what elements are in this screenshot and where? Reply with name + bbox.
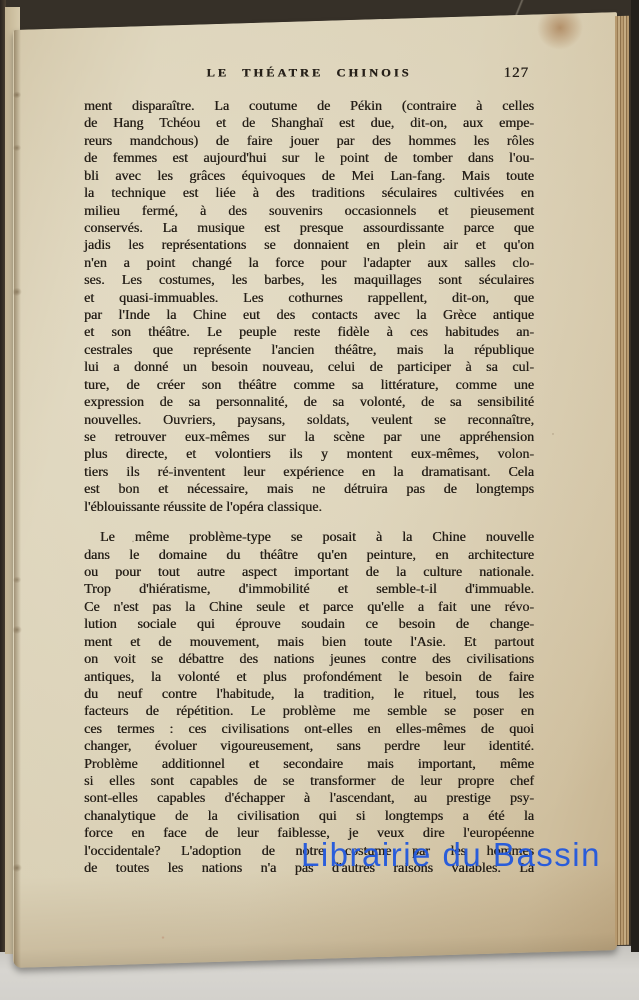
text-line: dans le domaine du théâtre qu'en peintur… bbox=[84, 547, 534, 564]
text-line: expression de sa personnalité, de sa vol… bbox=[84, 394, 534, 411]
paragraph-continued: ment disparaître. La coutume de Pékin (c… bbox=[84, 98, 534, 516]
book-page-photo: LE THÉATRE CHINOIS 127 ment disparaître.… bbox=[0, 0, 639, 1000]
text-line: du neuf contre l'habitude, la tradition,… bbox=[84, 686, 534, 703]
text-line: ou pour tout autre aspect important de l… bbox=[84, 564, 534, 581]
background-right bbox=[631, 0, 639, 952]
text-line: lution sociale qui éprouve soudain ce be… bbox=[84, 616, 534, 633]
text-line: et son théâtre. Le peuple reste fidèle à… bbox=[84, 324, 534, 341]
text-line: tiers ils ré-inventent leur expérience e… bbox=[84, 464, 534, 481]
text-line: ment et de mouvement, mais bien toute l'… bbox=[84, 634, 534, 651]
text-line: Problème additionnel et secondaire mais … bbox=[84, 756, 534, 773]
text-line: Le même problème-type se posait à la Chi… bbox=[84, 529, 534, 546]
text-line: ture, de créer son théâtre comme sa litt… bbox=[84, 377, 534, 394]
text-line: l'éblouissante réussite de l'opéra class… bbox=[84, 499, 534, 516]
text-line: de femmes est aujourd'hui sur le point d… bbox=[84, 150, 534, 167]
text-line: par l'Inde la Chine eut des contacts ave… bbox=[84, 307, 534, 324]
printed-text-block: LE THÉATRE CHINOIS 127 ment disparaître.… bbox=[84, 66, 534, 878]
text-line: et quasi-immuables. Les cothurnes rappel… bbox=[84, 290, 534, 307]
page-stack-fore-edge bbox=[615, 16, 631, 945]
text-line: ment disparaître. La coutume de Pékin (c… bbox=[84, 98, 534, 115]
text-line: antiques, la volonté et plus profondémen… bbox=[84, 669, 534, 686]
text-line: bli avec les grâces équivoques de Mei La… bbox=[84, 168, 534, 185]
text-line: de Hang Tchéou et de Shanghaï est due, d… bbox=[84, 115, 534, 132]
text-line: chanalytique de la civilisation qui si l… bbox=[84, 808, 534, 825]
text-line: ses. Les costumes, les barbes, les maqui… bbox=[84, 272, 534, 289]
text-line: la technique est liée à des traditions s… bbox=[84, 185, 534, 202]
text-line: n'en a point changé la force pour l'adap… bbox=[84, 255, 534, 272]
text-line: cestrales que représente l'ancien théâtr… bbox=[84, 342, 534, 359]
text-line: nouvelles. Ouvriers, paysans, soldats, v… bbox=[84, 412, 534, 429]
text-line: reurs mandchous) de faire jouer par des … bbox=[84, 133, 534, 150]
running-title: LE THÉATRE CHINOIS bbox=[84, 67, 534, 81]
text-line: facteurs de répétition. Le problème me s… bbox=[84, 703, 534, 720]
bookseller-watermark: Librairie du Bassin bbox=[301, 838, 601, 871]
text-line: plus directe, et volontiers ils y monten… bbox=[84, 446, 534, 463]
text-line: ces termes : ces civilisations ont-elles… bbox=[84, 721, 534, 738]
text-line: jadis les représentations se donnaient e… bbox=[84, 237, 534, 254]
text-line: si elles sont capables de se transformer… bbox=[84, 773, 534, 790]
text-line: Trop d'hiératisme, d'immobilité et sembl… bbox=[84, 581, 534, 598]
text-line: on voit se débattre des nations jeunes c… bbox=[84, 651, 534, 668]
text-line: Ce n'est pas la Chine seule et parce qu'… bbox=[84, 599, 534, 616]
text-line: conservés. La musique est presque assour… bbox=[84, 220, 534, 237]
text-line: se retrouver eux-mêmes sur la scène par … bbox=[84, 429, 534, 446]
running-header: LE THÉATRE CHINOIS 127 bbox=[84, 66, 534, 83]
text-line: changer, évoluer vigoureusement, sans pe… bbox=[84, 738, 534, 755]
paragraph-new: Le même problème-type se posait à la Chi… bbox=[84, 529, 534, 877]
text-line: milieu fermé, à des souvenirs occasionne… bbox=[84, 203, 534, 220]
page-number: 127 bbox=[504, 65, 530, 82]
text-line: lui a donné un besoin nouveau, celui de … bbox=[84, 359, 534, 376]
text-line: est bon et nécessaire, mais ne détruira … bbox=[84, 481, 534, 498]
text-line: sont-elles capables d'échapper à l'ascen… bbox=[84, 790, 534, 807]
